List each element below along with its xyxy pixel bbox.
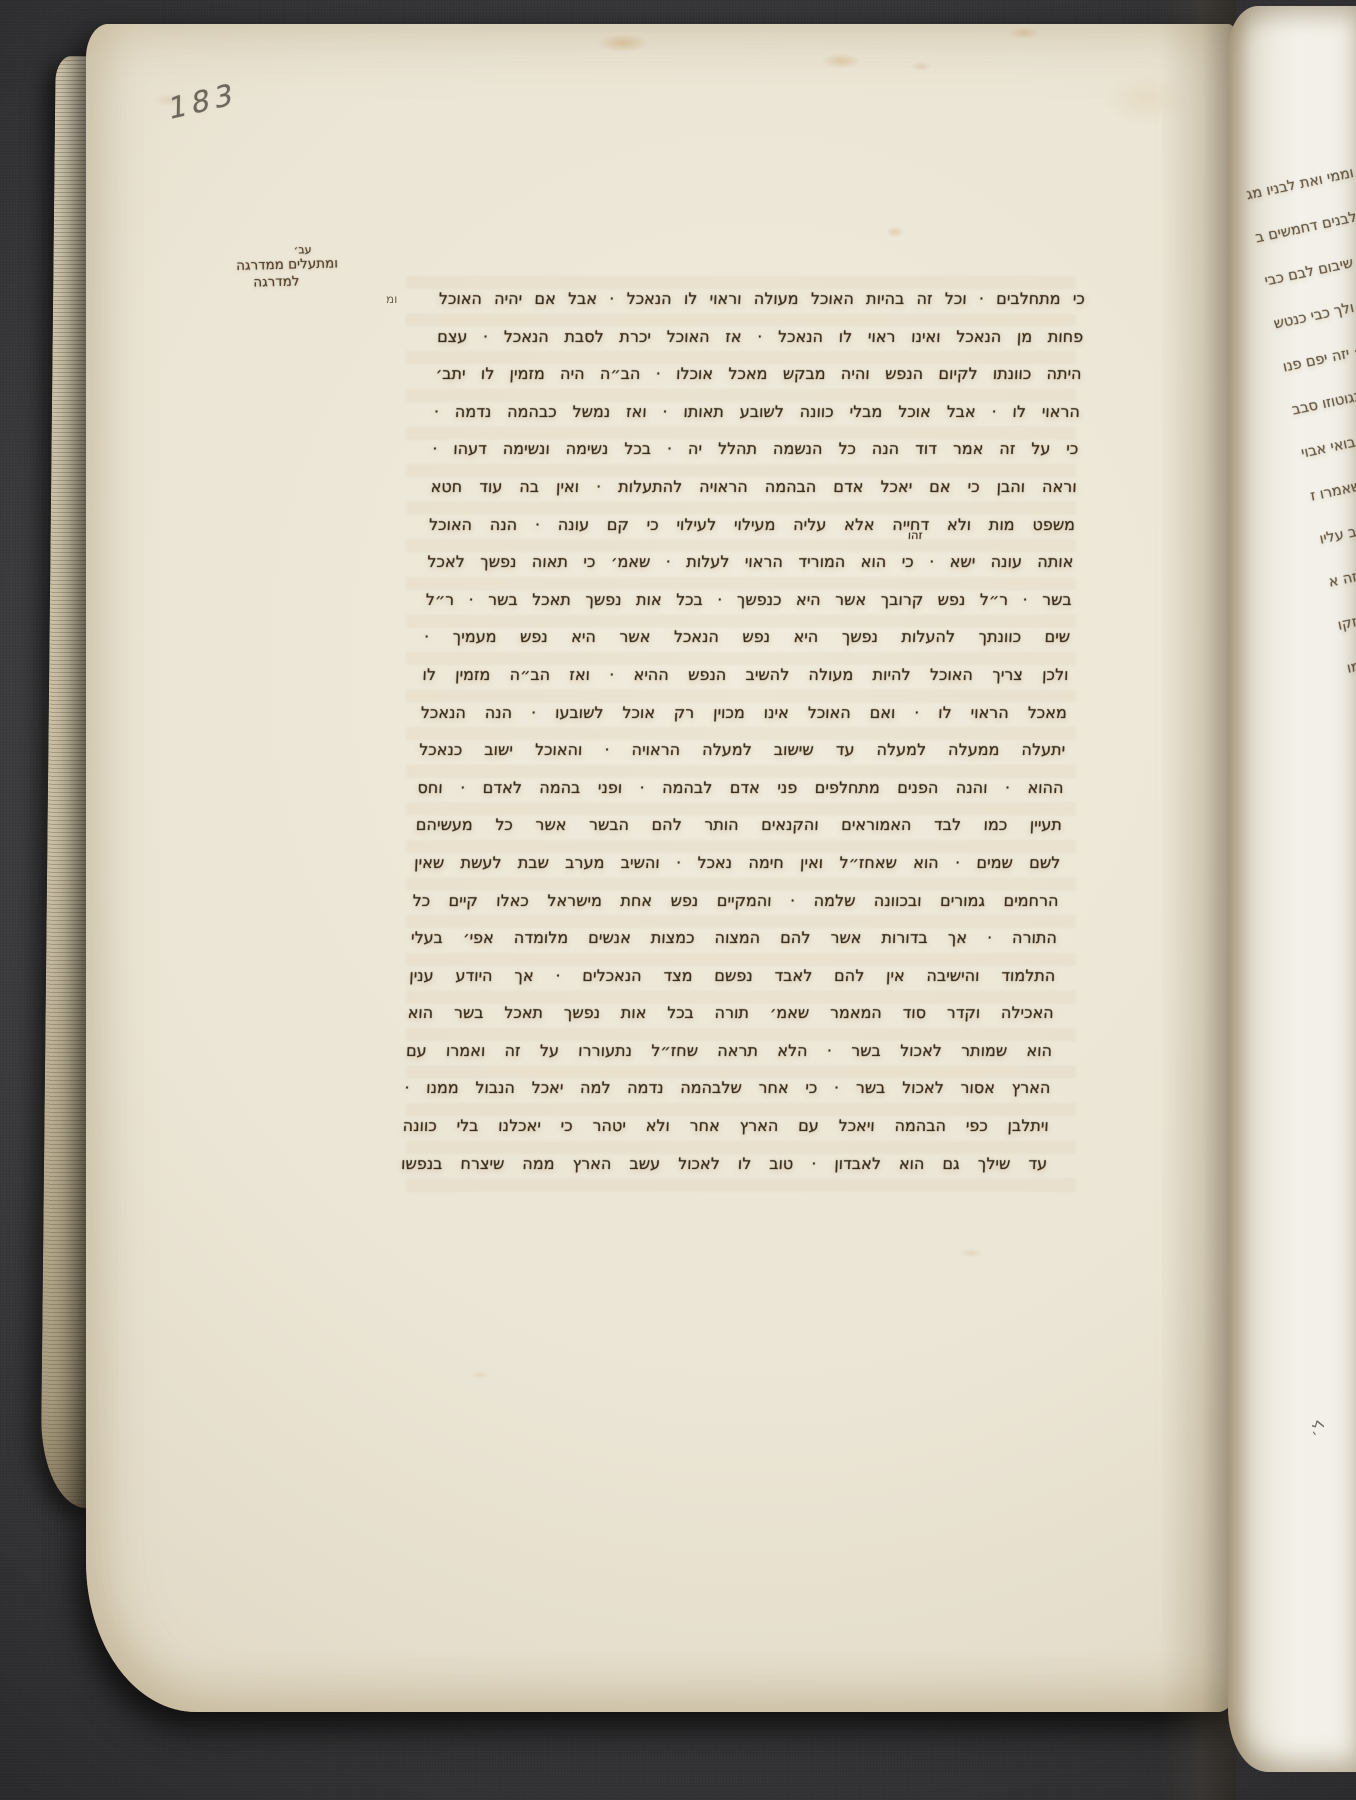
text-line: התלמוד והישיבה אין להם לאבד נפשם מצד הנא… [409,957,1057,995]
text-line: פחות מן הנאכל ואינו ראוי לו הנאכל · אז ה… [436,318,1084,356]
photo-background: 183 עב׳ ומתעלים ממדרגה למדרגה ומ זהו כי … [0,0,1356,1800]
text-line: היתה כוונתו לקיום הנפש והיה מבקש מאכל או… [435,355,1083,393]
folio-number: 183 [169,76,238,127]
foxing-spot [586,30,660,56]
text-line: התורה · אך בדורות אשר להם המצוה כמצות אנ… [410,919,1058,957]
foxing-spot [1086,64,1206,134]
main-text-block: זהו כי מתחלבים · וכל זה בהיות האוכל מעול… [400,280,1085,1182]
text-line: האכילה וקדר סוד המאמר שאמ׳ תורה בכל אות … [407,994,1055,1032]
text-line: ולכן צריך האוכל להיות מעולה להשיב הנפש ה… [422,656,1070,694]
text-line: יתעלה ממעלה למעלה עד שישוב למעלה הראויה … [418,731,1066,769]
foxing-spot [954,1246,988,1260]
foxing-spot [1001,24,1047,42]
text-line: תעיין כמו לבד האמוראים והקנאים הותר להם … [415,806,1063,844]
margin-note-line: ומתעלים ממדרגה [214,255,338,275]
text-line: הרחמים גמורים ובכוונה שלמה · והמקיים נפש… [412,882,1060,920]
text-line: הארץ אסור לאכול בשר · כי אחר שלבהמה נדמה… [404,1069,1052,1107]
margin-correction-mark: ומ [386,292,397,306]
text-line: עד שילך גם הוא לאבדון · טוב לו לאכול עשב… [400,1145,1048,1183]
text-line: ההוא · והנה הפנים מתחלפים פני אדם לבהמה … [417,769,1065,807]
facing-page-edge: וממי ואת לבניו מגולבנים דחמשים בשיבום לב… [1228,6,1356,1772]
facing-text-lines: וממי ואת לבניו מגולבנים דחמשים בשיבום לב… [1242,124,1356,1207]
manuscript-page: 183 עב׳ ומתעלים ממדרגה למדרגה ומ זהו כי … [86,24,1236,1712]
text-lines: כי מתחלבים · וכל זה בהיות האוכל מעולה ור… [400,280,1085,1182]
text-line: משפט מות ולא דחייה אלא עליה מעילוי לעילו… [428,506,1076,544]
quire-mark: ל׳ [1306,1415,1330,1439]
text-line: כי מתחלבים · וכל זה בהיות האוכל מעולה ור… [438,280,1086,318]
text-line: אותה עונה ישא · כי הוא המוריד הראוי לעלו… [427,543,1075,581]
text-line: בשר · ר״ל נפש קרובך אשר היא כנפשך · בכל … [425,581,1073,619]
text-line: כי על זה אמר דוד הנה כל הנשמה תהלל יה · … [431,430,1079,468]
foxing-spot [466,1369,494,1381]
interlinear-correction: זהו [908,528,923,542]
text-line: ויתלבן כפי הבהמה ויאכל עם הארץ אחר ולא י… [402,1107,1050,1145]
text-line: שים כוונתך להעלות נפשך היא נפש הנאכל אשר… [423,618,1071,656]
text-line: וראה והבן כי אם יאכל אדם הבהמה הראויה לה… [430,468,1078,506]
text-line: לשם שמים · הוא שאחז״ל ואין חימה נאכל · ו… [413,844,1061,882]
text-line: מאכל הראוי לו · ואם האוכל אינו מכוין רק … [420,694,1068,732]
foxing-spot [812,50,870,72]
margin-note: עב׳ ומתעלים ממדרגה למדרגה [213,242,338,292]
foxing-spot [882,224,908,240]
text-line: הראוי לו · אבל אוכל מבלי כוונה לשובע תאו… [433,393,1081,431]
margin-note-line: למדרגה [214,272,338,292]
foxing-spot [906,60,936,73]
text-line: הוא שמותר לאכול בשר · הלא תראה שחז״ל נתע… [405,1032,1053,1070]
